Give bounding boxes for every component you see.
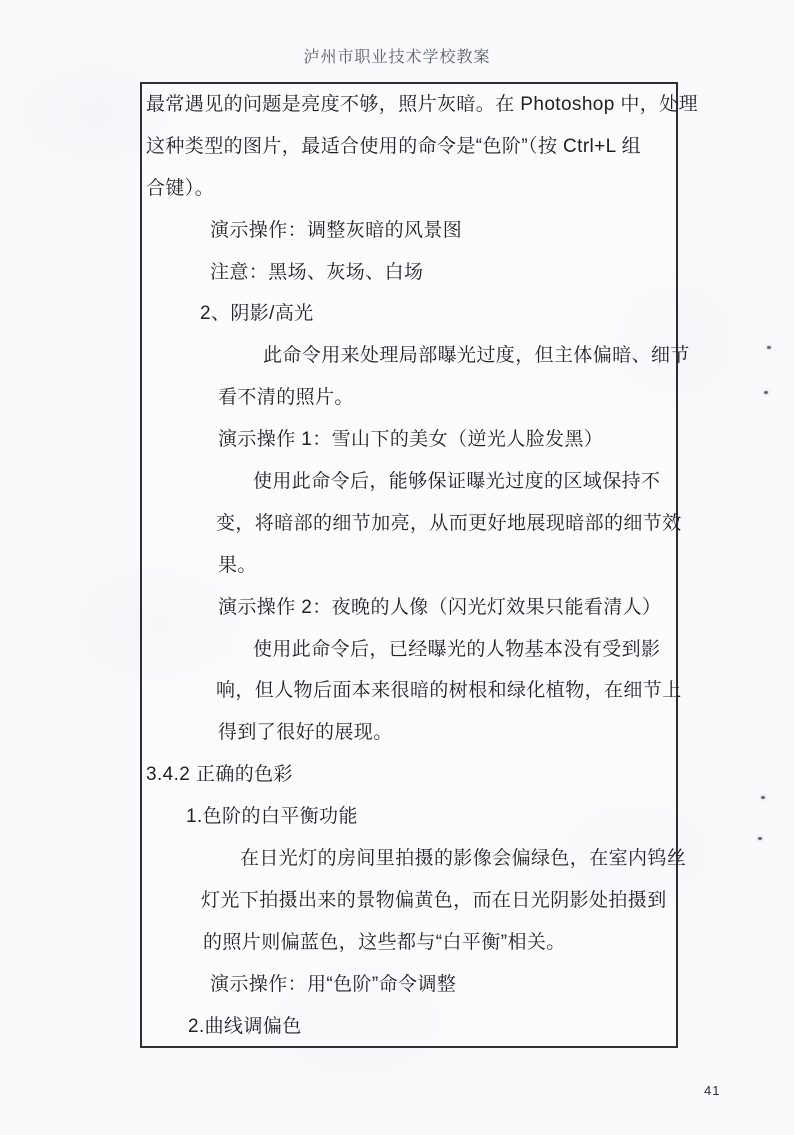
scan-speck bbox=[761, 796, 765, 799]
list-item-1: 1.色阶的白平衡功能 bbox=[182, 796, 676, 838]
scan-speck bbox=[758, 837, 762, 840]
section-heading: 3.4.2 正确的色彩 bbox=[142, 754, 676, 796]
page-header-title: 泸州市职业技术学校教案 bbox=[0, 44, 794, 67]
doc-line: 灯光下拍摄出来的景物偏黄色，而在日光阴影处拍摄到 bbox=[197, 880, 676, 922]
doc-line: 果。 bbox=[214, 545, 676, 587]
doc-line: 得到了很好的展现。 bbox=[214, 712, 676, 754]
doc-line: 演示操作：用“色阶”命令调整 bbox=[206, 964, 676, 1006]
doc-line: 变，将暗部的细节加亮，从而更好地展现暗部的细节效 bbox=[212, 503, 676, 545]
list-item-2b: 2.曲线调偏色 bbox=[184, 1006, 676, 1048]
doc-line: 响，但人物后面本来很暗的树根和绿化植物，在细节上 bbox=[212, 670, 676, 712]
doc-line: 此命令用来处理局部曝光过度，但主体偏暗、细节 bbox=[259, 335, 676, 377]
list-item-2: 2、阴影/高光 bbox=[196, 293, 676, 335]
scanned-page: { "page": { "header_title": "泸州市职业技术学校教案… bbox=[0, 0, 794, 1135]
doc-line: 使用此命令后，能够保证曝光过度的区域保持不 bbox=[249, 461, 676, 503]
doc-line: 注意：黑场、灰场、白场 bbox=[206, 252, 676, 294]
doc-line: 使用此命令后，已经曝光的人物基本没有受到影 bbox=[249, 629, 676, 671]
doc-line: 看不清的照片。 bbox=[214, 377, 676, 419]
doc-line: 在日光灯的房间里拍摄的影像会偏绿色，在室内钨丝 bbox=[236, 838, 676, 880]
doc-line: 合键）。 bbox=[142, 168, 676, 210]
content-border-box: 最常遇见的问题是亮度不够，照片灰暗。在 Photoshop 中，处理 这种类型的… bbox=[140, 82, 678, 1048]
doc-line: 这种类型的图片，最适合使用的命令是“色阶”（按 Ctrl+L 组 bbox=[142, 126, 676, 168]
scan-speck bbox=[764, 391, 768, 394]
scan-speck bbox=[767, 346, 771, 349]
page-number: 41 bbox=[704, 1083, 720, 1098]
doc-line: 的照片则偏蓝色，这些都与“白平衡”相关。 bbox=[199, 922, 676, 964]
doc-line: 演示操作：调整灰暗的风景图 bbox=[206, 210, 676, 252]
doc-line: 最常遇见的问题是亮度不够，照片灰暗。在 Photoshop 中，处理 bbox=[142, 84, 676, 126]
doc-line: 演示操作 2：夜晚的人像（闪光灯效果只能看清人） bbox=[214, 587, 676, 629]
doc-line: 演示操作 1：雪山下的美女（逆光人脸发黑） bbox=[214, 419, 676, 461]
